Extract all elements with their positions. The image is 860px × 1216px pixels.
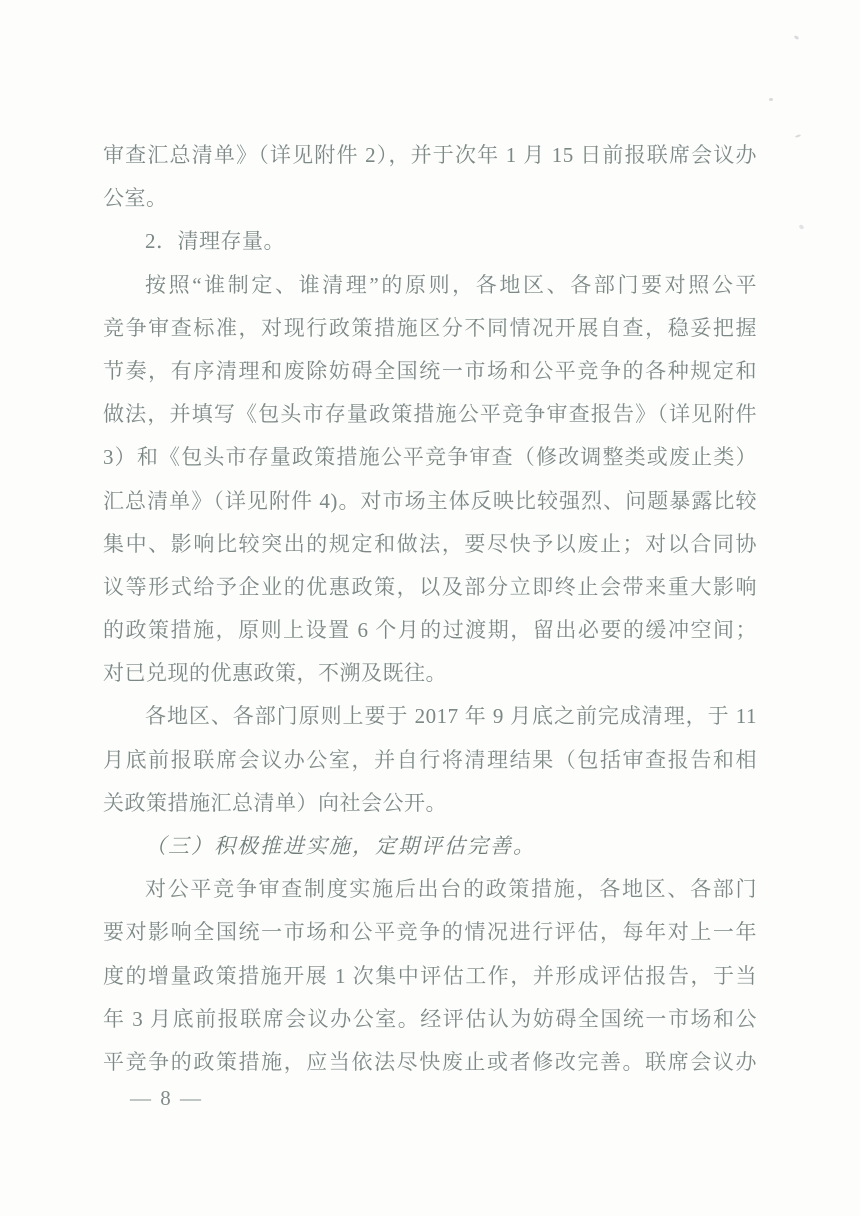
text-line: 月底前报联席会议办公室，并自行将清理结果（包括审查报告和相 [103,739,757,782]
text-line: 平竞争的政策措施，应当依法尽快废止或者修改完善。联席会议办 [103,1041,757,1084]
text-line: 2．清理存量。 [103,220,757,263]
text-line: 对已兑现的优惠政策，不溯及既往。 [103,652,757,695]
page-number-text: — 8 — [130,1086,203,1110]
text-line: 对公平竞争审查制度实施后出台的政策措施，各地区、各部门 [103,868,757,911]
text-line: 集中、影响比较突出的规定和做法，要尽快予以废止；对以合同协 [103,523,757,566]
text-line: 的政策措施，原则上设置 6 个月的过渡期，留出必要的缓冲空间； [103,609,757,652]
text-line: 节奏，有序清理和废除妨碍全国统一市场和公平竞争的各种规定和 [103,350,757,393]
page-number: — 8 — [130,1083,203,1113]
scan-artifact [794,35,800,40]
scan-artifact [769,98,773,101]
text-line: 按照“谁制定、谁清理”的原则，各地区、各部门要对照公平 [103,264,757,307]
text-line: 3）和《包头市存量政策措施公平竞争审查（修改调整类或废止类） [103,436,757,479]
text-line: 做法，并填写《包头市存量政策措施公平竞争审查报告》（详见附件 [103,393,757,436]
scan-artifact [798,224,804,230]
text-line: 汇总清单》（详见附件 4)。对市场主体反映比较强烈、问题暴露比较 [103,480,757,523]
scanned-document-page: 审查汇总清单》（详见附件 2），并于次年 1 月 15 日前报联席会议办公室。2… [0,0,860,1216]
text-line: 审查汇总清单》（详见附件 2），并于次年 1 月 15 日前报联席会议办 [103,134,757,177]
text-line: 公室。 [103,177,757,220]
text-line: 各地区、各部门原则上要于 2017 年 9 月底之前完成清理，于 11 [103,695,757,738]
text-line: 竞争审查标准，对现行政策措施区分不同情况开展自查，稳妥把握 [103,307,757,350]
text-line: （三）积极推进实施，定期评估完善。 [103,825,757,868]
text-line: 度的增量政策措施开展 1 次集中评估工作，并形成评估报告，于当 [103,955,757,998]
text-line: 要对影响全国统一市场和公平竞争的情况进行评估，每年对上一年 [103,911,757,954]
document-body: 审查汇总清单》（详见附件 2），并于次年 1 月 15 日前报联席会议办公室。2… [103,134,757,1084]
text-line: 议等形式给予企业的优惠政策，以及部分立即终止会带来重大影响 [103,566,757,609]
text-line: 年 3 月底前报联席会议办公室。经评估认为妨碍全国统一市场和公 [103,998,757,1041]
scan-artifact [795,134,801,138]
text-line: 关政策措施汇总清单）向社会公开。 [103,782,757,825]
